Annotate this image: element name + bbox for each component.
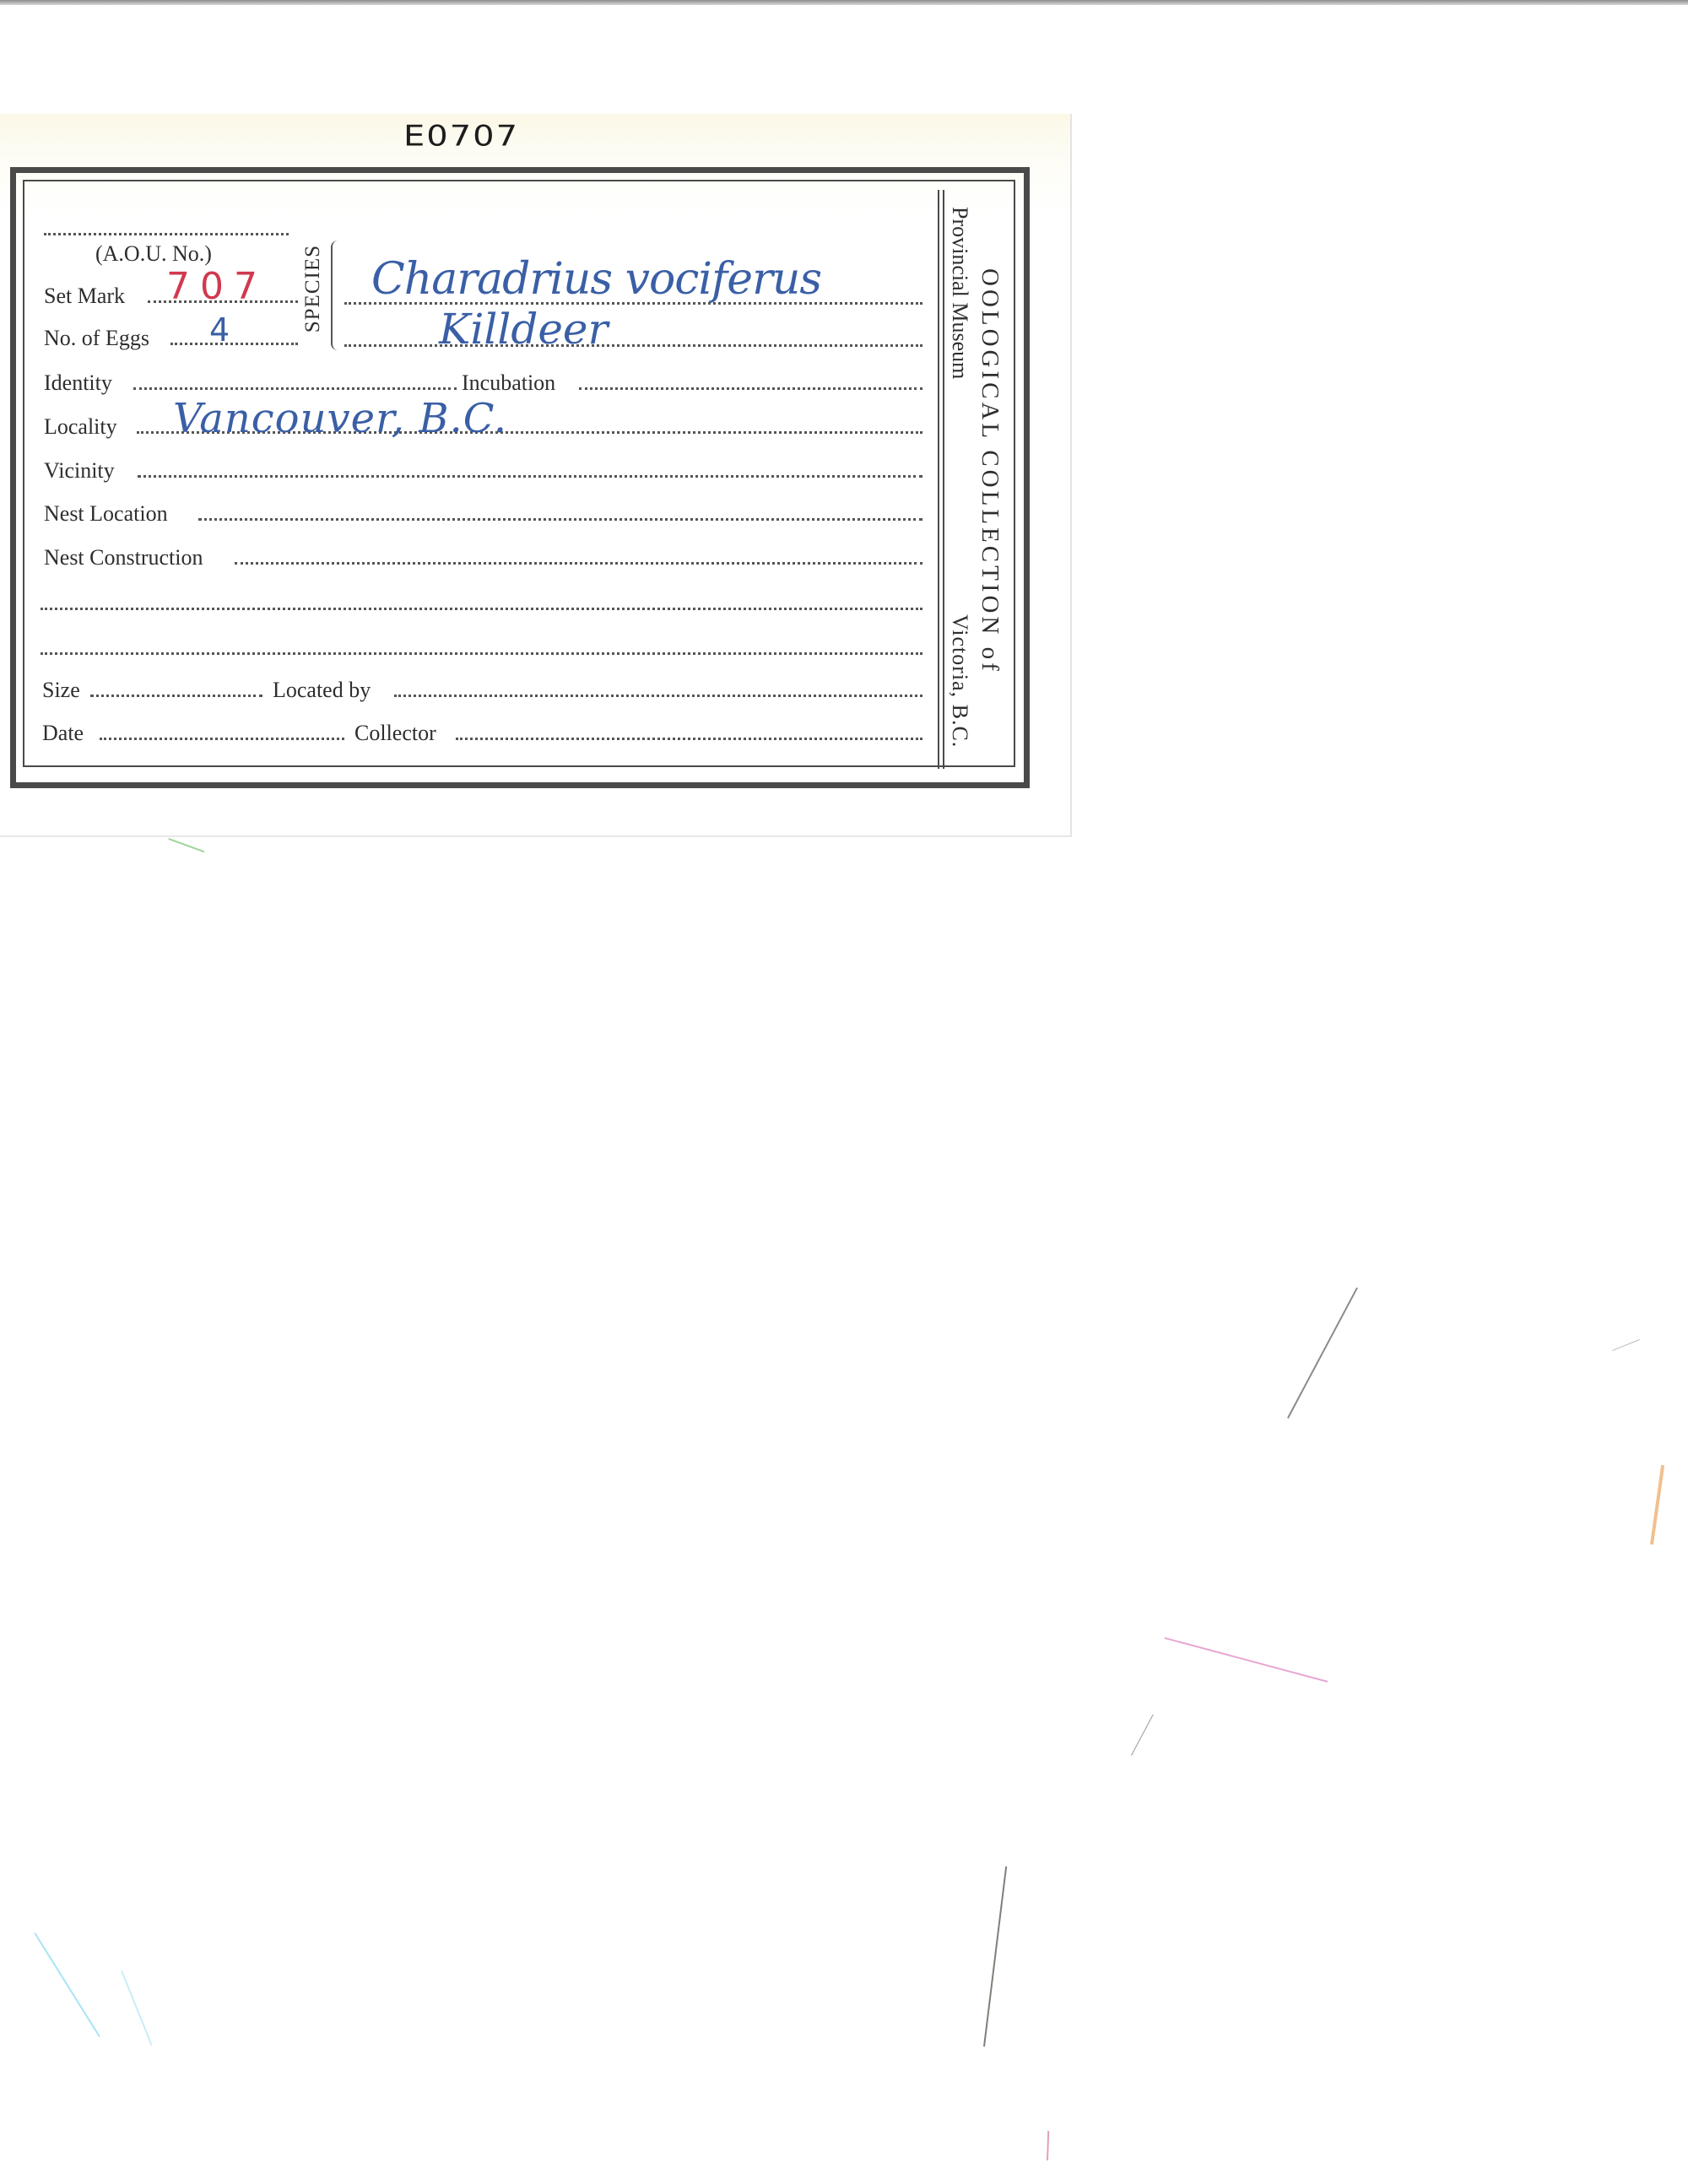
scan-artifact bbox=[168, 838, 204, 852]
collector-label: Collector bbox=[354, 722, 436, 744]
aou-number-label: (A.O.U. No.) bbox=[95, 243, 212, 265]
locality-label: Locality bbox=[44, 416, 117, 438]
date-label: Date bbox=[42, 722, 84, 744]
institution-name: Provincial Museum bbox=[949, 207, 971, 379]
blank-line-2 bbox=[41, 652, 922, 655]
located-by-line bbox=[394, 695, 922, 697]
eggs-label: No. of Eggs bbox=[44, 327, 149, 349]
incubation-label: Incubation bbox=[462, 372, 555, 394]
header-divider-line bbox=[938, 190, 939, 769]
scan-artifact bbox=[1287, 1287, 1358, 1418]
nest-location-line bbox=[198, 518, 922, 521]
identity-line bbox=[133, 387, 457, 390]
header-divider-line bbox=[943, 190, 944, 769]
species-scientific-value: Charadrius vociferus bbox=[371, 257, 821, 301]
scan-artifact bbox=[1612, 1339, 1640, 1351]
date-line bbox=[100, 738, 344, 740]
identity-label: Identity bbox=[44, 372, 112, 394]
scan-artifact bbox=[1047, 2131, 1049, 2160]
incubation-line bbox=[579, 387, 922, 390]
vicinity-label: Vicinity bbox=[44, 460, 115, 482]
scan-artifact bbox=[34, 1933, 100, 2037]
nest-construction-line bbox=[235, 562, 922, 565]
blank-line-1 bbox=[41, 608, 922, 610]
located-by-label: Located by bbox=[273, 679, 371, 701]
species-brace bbox=[331, 241, 341, 350]
eggs-line bbox=[170, 343, 298, 345]
collection-title: OOLOGICAL COLLECTION of bbox=[977, 268, 1002, 674]
scan-edge-band bbox=[0, 0, 1688, 5]
size-label: Size bbox=[42, 679, 80, 701]
nest-location-label: Nest Location bbox=[44, 503, 168, 525]
locality-value: Vancouver, B.C. bbox=[173, 398, 507, 439]
set-mark-label: Set Mark bbox=[44, 285, 125, 307]
vicinity-line bbox=[138, 475, 922, 478]
size-line bbox=[90, 695, 262, 697]
collector-line bbox=[456, 738, 922, 740]
scan-artifact bbox=[121, 1970, 152, 2046]
set-mark-value: 707 bbox=[166, 268, 268, 305]
species-label: SPECIES bbox=[302, 245, 323, 332]
scan-artifact bbox=[1650, 1465, 1664, 1545]
scan-artifact bbox=[1131, 1714, 1154, 1755]
institution-location: Victoria, B.C. bbox=[949, 614, 971, 748]
nest-construction-label: Nest Construction bbox=[44, 547, 203, 569]
aou-number-line bbox=[44, 233, 289, 235]
scan-artifact bbox=[1164, 1637, 1328, 1683]
eggs-value: 4 bbox=[209, 314, 230, 346]
species-common-value: Killdeer bbox=[439, 308, 608, 350]
species-line-2 bbox=[344, 344, 922, 347]
scan-artifact bbox=[983, 1867, 1007, 2047]
catalog-number: E0707 bbox=[403, 120, 519, 153]
